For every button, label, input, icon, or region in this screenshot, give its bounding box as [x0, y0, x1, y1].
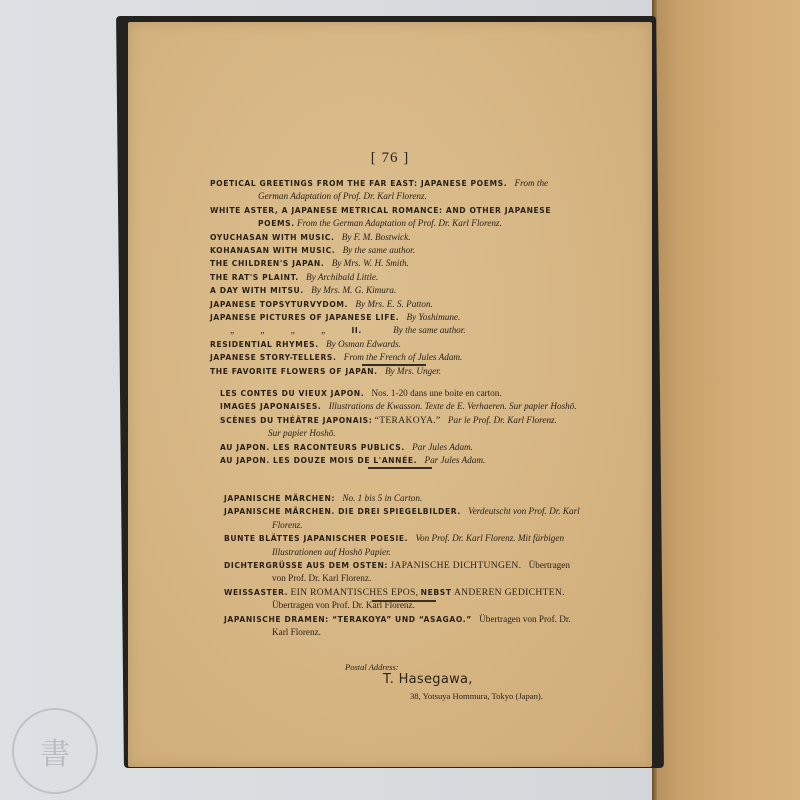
catalog-entry: Dichtergrüsse aus dem Osten: JAPANISCHE …: [224, 559, 624, 586]
entry-author-note: Par le Prof. Dr. Karl Florenz.: [448, 415, 557, 425]
ditto-marks: „ „ „ „: [230, 325, 325, 335]
entry-author-note: By Yoshimune.: [407, 312, 461, 322]
entry-continuation-text: Karl Florenz.: [272, 627, 321, 637]
entry-continuation: German Adaptation of Prof. Dr. Karl Flor…: [210, 190, 610, 203]
section-divider: [372, 600, 436, 602]
catalog-entry: The Favorite Flowers of Japan. By Mrs. U…: [210, 365, 610, 378]
entry-title-regular: ANDEREN GEDICHTEN.: [454, 587, 565, 598]
entry-title: Japanese Pictures of Japanese Life.: [210, 313, 399, 322]
entry-author-note: By the same author.: [393, 325, 465, 335]
catalog-entry: Images Japonaises. Illustrations de Kwas…: [220, 400, 620, 413]
entry-title: Japanische Märchen. Die Drei Spiegelbild…: [224, 507, 461, 516]
entry-continuation: von Prof. Dr. Karl Florenz.: [224, 572, 624, 585]
publisher-address: 38, Yotsuya Hommura, Tokyo (Japan).: [410, 691, 543, 701]
entry-title: Scènes du Théâtre Japonais:: [220, 416, 372, 425]
catalog-entry: Poetical Greetings from the Far East: Ja…: [210, 177, 610, 204]
catalog-entry: Au Japon. Les Douze Mois de L'Année. Par…: [220, 454, 620, 467]
entry-title: Bunte Blättes Japanischer Poesie.: [224, 534, 408, 543]
publisher-name: T. Hasegawa,: [383, 672, 473, 687]
entry-title: Images Japonaises.: [220, 402, 321, 411]
entry-title: A Day with Mitsu.: [210, 286, 304, 295]
entry-continuation: Florenz.: [224, 519, 624, 532]
entry-author-note: Par Jules Adam.: [412, 442, 473, 452]
document-page: [ 76 ] Poetical Greetings from the Far E…: [128, 22, 652, 767]
entry-author-note: By Mrs. M. G. Kimura.: [311, 285, 396, 295]
entry-author-note: By Osman Edwards.: [326, 339, 401, 349]
entry-title-small: nebst: [421, 588, 452, 597]
watermark-glyph: 書: [40, 729, 70, 773]
entry-title: Japanese Story-Tellers.: [210, 353, 336, 362]
entry-author-note: Von Prof. Dr. Karl Florenz. Mit färbigen: [415, 533, 564, 543]
postal-label: Postal Address:: [345, 662, 399, 672]
catalog-entry: Les Contes du Vieux Japon. Nos. 1-20 dan…: [220, 387, 620, 400]
catalog-entry: A Day with Mitsu. By Mrs. M. G. Kimura.: [210, 284, 610, 297]
entry-title-regular: JAPANISCHE DICHTUNGEN.: [390, 560, 521, 571]
entry-continuation-text: von Prof. Dr. Karl Florenz.: [272, 573, 371, 583]
catalog-entry: White Aster, a Japanese Metrical Romance…: [210, 204, 610, 231]
catalog-entry: Residential Rhymes. By Osman Edwards.: [210, 338, 610, 351]
entry-note: Nos. 1-20 dans une boite en carton.: [372, 388, 502, 398]
entry-continuation-text: Übertragen von Prof. Dr. Karl Florenz.: [272, 600, 415, 610]
entry-author-note: No. 1 bis 5 in Carton.: [342, 493, 422, 503]
entry-title: White Aster, a Japanese Metrical Romance…: [210, 206, 551, 215]
entry-author-note: By Archibald Little.: [306, 272, 378, 282]
catalog-entry: Japanische Dramen: “Terakoya” und “Asaga…: [224, 613, 624, 640]
entry-title-regular: “TERAKOYA.”: [375, 415, 441, 426]
entry-continuation-text: Sur papier Hoshō.: [268, 428, 336, 438]
catalog-entry: Japanese Pictures of Japanese Life. By Y…: [210, 311, 610, 324]
entry-title: Weissaster.: [224, 588, 288, 597]
entry-continuation: Karl Florenz.: [224, 626, 624, 639]
entry-continuation: Illustrationen auf Hoshō Papier.: [224, 546, 624, 559]
entry-title: Dichtergrüsse aus dem Osten:: [224, 561, 388, 570]
entry-title: Les Contes du Vieux Japon.: [220, 389, 364, 398]
entry-author-note: By the same author.: [343, 245, 415, 255]
entry-title: Au Japon. Les Douze Mois de L'Année.: [220, 456, 417, 465]
entry-author-note: By Mrs. W. H. Smith.: [332, 258, 409, 268]
entry-continuation-text: German Adaptation of Prof. Dr. Karl Flor…: [258, 191, 427, 201]
catalog-entry: The Children's Japan. By Mrs. W. H. Smit…: [210, 257, 610, 270]
entry-author-note: Verdeutscht von Prof. Dr. Karl: [468, 506, 580, 516]
entry-title: Residential Rhymes.: [210, 340, 319, 349]
entry-author-note: From the French of Jules Adam.: [344, 352, 463, 362]
german-titles-list: Japanische Märchen: No. 1 bis 5 in Carto…: [224, 492, 624, 639]
entry-title: Japanische Märchen:: [224, 494, 335, 503]
page-number: [ 76 ]: [128, 150, 652, 167]
entry-title: The Rat's Plaint.: [210, 273, 299, 282]
entry-title-continuation: Poems.: [258, 219, 295, 228]
entry-title: Oyuchasan with Music.: [210, 233, 334, 242]
section-divider: [362, 364, 426, 366]
catalog-entry: Bunte Blättes Japanischer Poesie. Von Pr…: [224, 532, 624, 559]
entry-author-note: By F. M. Bostwick.: [342, 232, 411, 242]
catalog-entry: „ „ „ „ II. By the same author.: [210, 324, 610, 337]
entry-author-note: By Mrs. Unger.: [385, 366, 441, 376]
french-titles-list: Les Contes du Vieux Japon. Nos. 1-20 dan…: [220, 387, 620, 467]
entry-continuation-text: From the German Adaptation of Prof. Dr. …: [297, 218, 502, 228]
entry-continuation-text: Florenz.: [272, 520, 303, 530]
entry-author-note: Par Jules Adam.: [424, 455, 485, 465]
english-titles-list: Poetical Greetings from the Far East: Ja…: [210, 177, 610, 378]
entry-title: Japanische Dramen: “Terakoya” und “Asaga…: [224, 615, 472, 624]
catalog-entry: The Rat's Plaint. By Archibald Little.: [210, 271, 610, 284]
adjacent-page: [652, 0, 800, 800]
catalog-entry: Scènes du Théâtre Japonais: “TERAKOYA.” …: [220, 414, 620, 441]
section-divider: [368, 467, 432, 469]
entry-continuation-text: Illustrationen auf Hoshō Papier.: [272, 547, 391, 557]
entry-title: Poetical Greetings from the Far East: Ja…: [210, 179, 507, 188]
entry-title: Kohanasan with Music.: [210, 246, 335, 255]
entry-title: The Children's Japan.: [210, 259, 324, 268]
catalog-entry: Japanese Story-Tellers. From the French …: [210, 351, 610, 364]
catalog-entry: Japanische Märchen: No. 1 bis 5 in Carto…: [224, 492, 624, 505]
entry-author-note: By Mrs. E. S. Patton.: [355, 299, 433, 309]
entry-title: Au Japon. Les Raconteurs Publics.: [220, 443, 405, 452]
catalog-entry: Oyuchasan with Music. By F. M. Bostwick.: [210, 231, 610, 244]
catalog-entry: Japanese Topsyturvydom. By Mrs. E. S. Pa…: [210, 298, 610, 311]
entry-title: Japanese Topsyturvydom.: [210, 300, 348, 309]
entry-continuation: Sur papier Hoshō.: [220, 427, 620, 440]
entry-title: The Favorite Flowers of Japan.: [210, 367, 378, 376]
catalog-entry: Au Japon. Les Raconteurs Publics. Par Ju…: [220, 441, 620, 454]
entry-note: Übertragen: [529, 560, 570, 570]
seal-stamp-icon: 書: [12, 708, 98, 794]
entry-title-regular: EIN ROMANTISCHES EPOS,: [290, 587, 418, 598]
entry-continuation: Poems. From the German Adaptation of Pro…: [210, 217, 610, 230]
catalog-entry: Kohanasan with Music. By the same author…: [210, 244, 610, 257]
entry-author-note: Illustrations de Kwasson. Texte de E. Ve…: [329, 401, 577, 411]
entry-title: II.: [352, 326, 362, 335]
entry-author-note: From the: [515, 178, 549, 188]
catalog-entry: Japanische Märchen. Die Drei Spiegelbild…: [224, 505, 624, 532]
entry-note: Übertragen von Prof. Dr.: [479, 614, 571, 624]
